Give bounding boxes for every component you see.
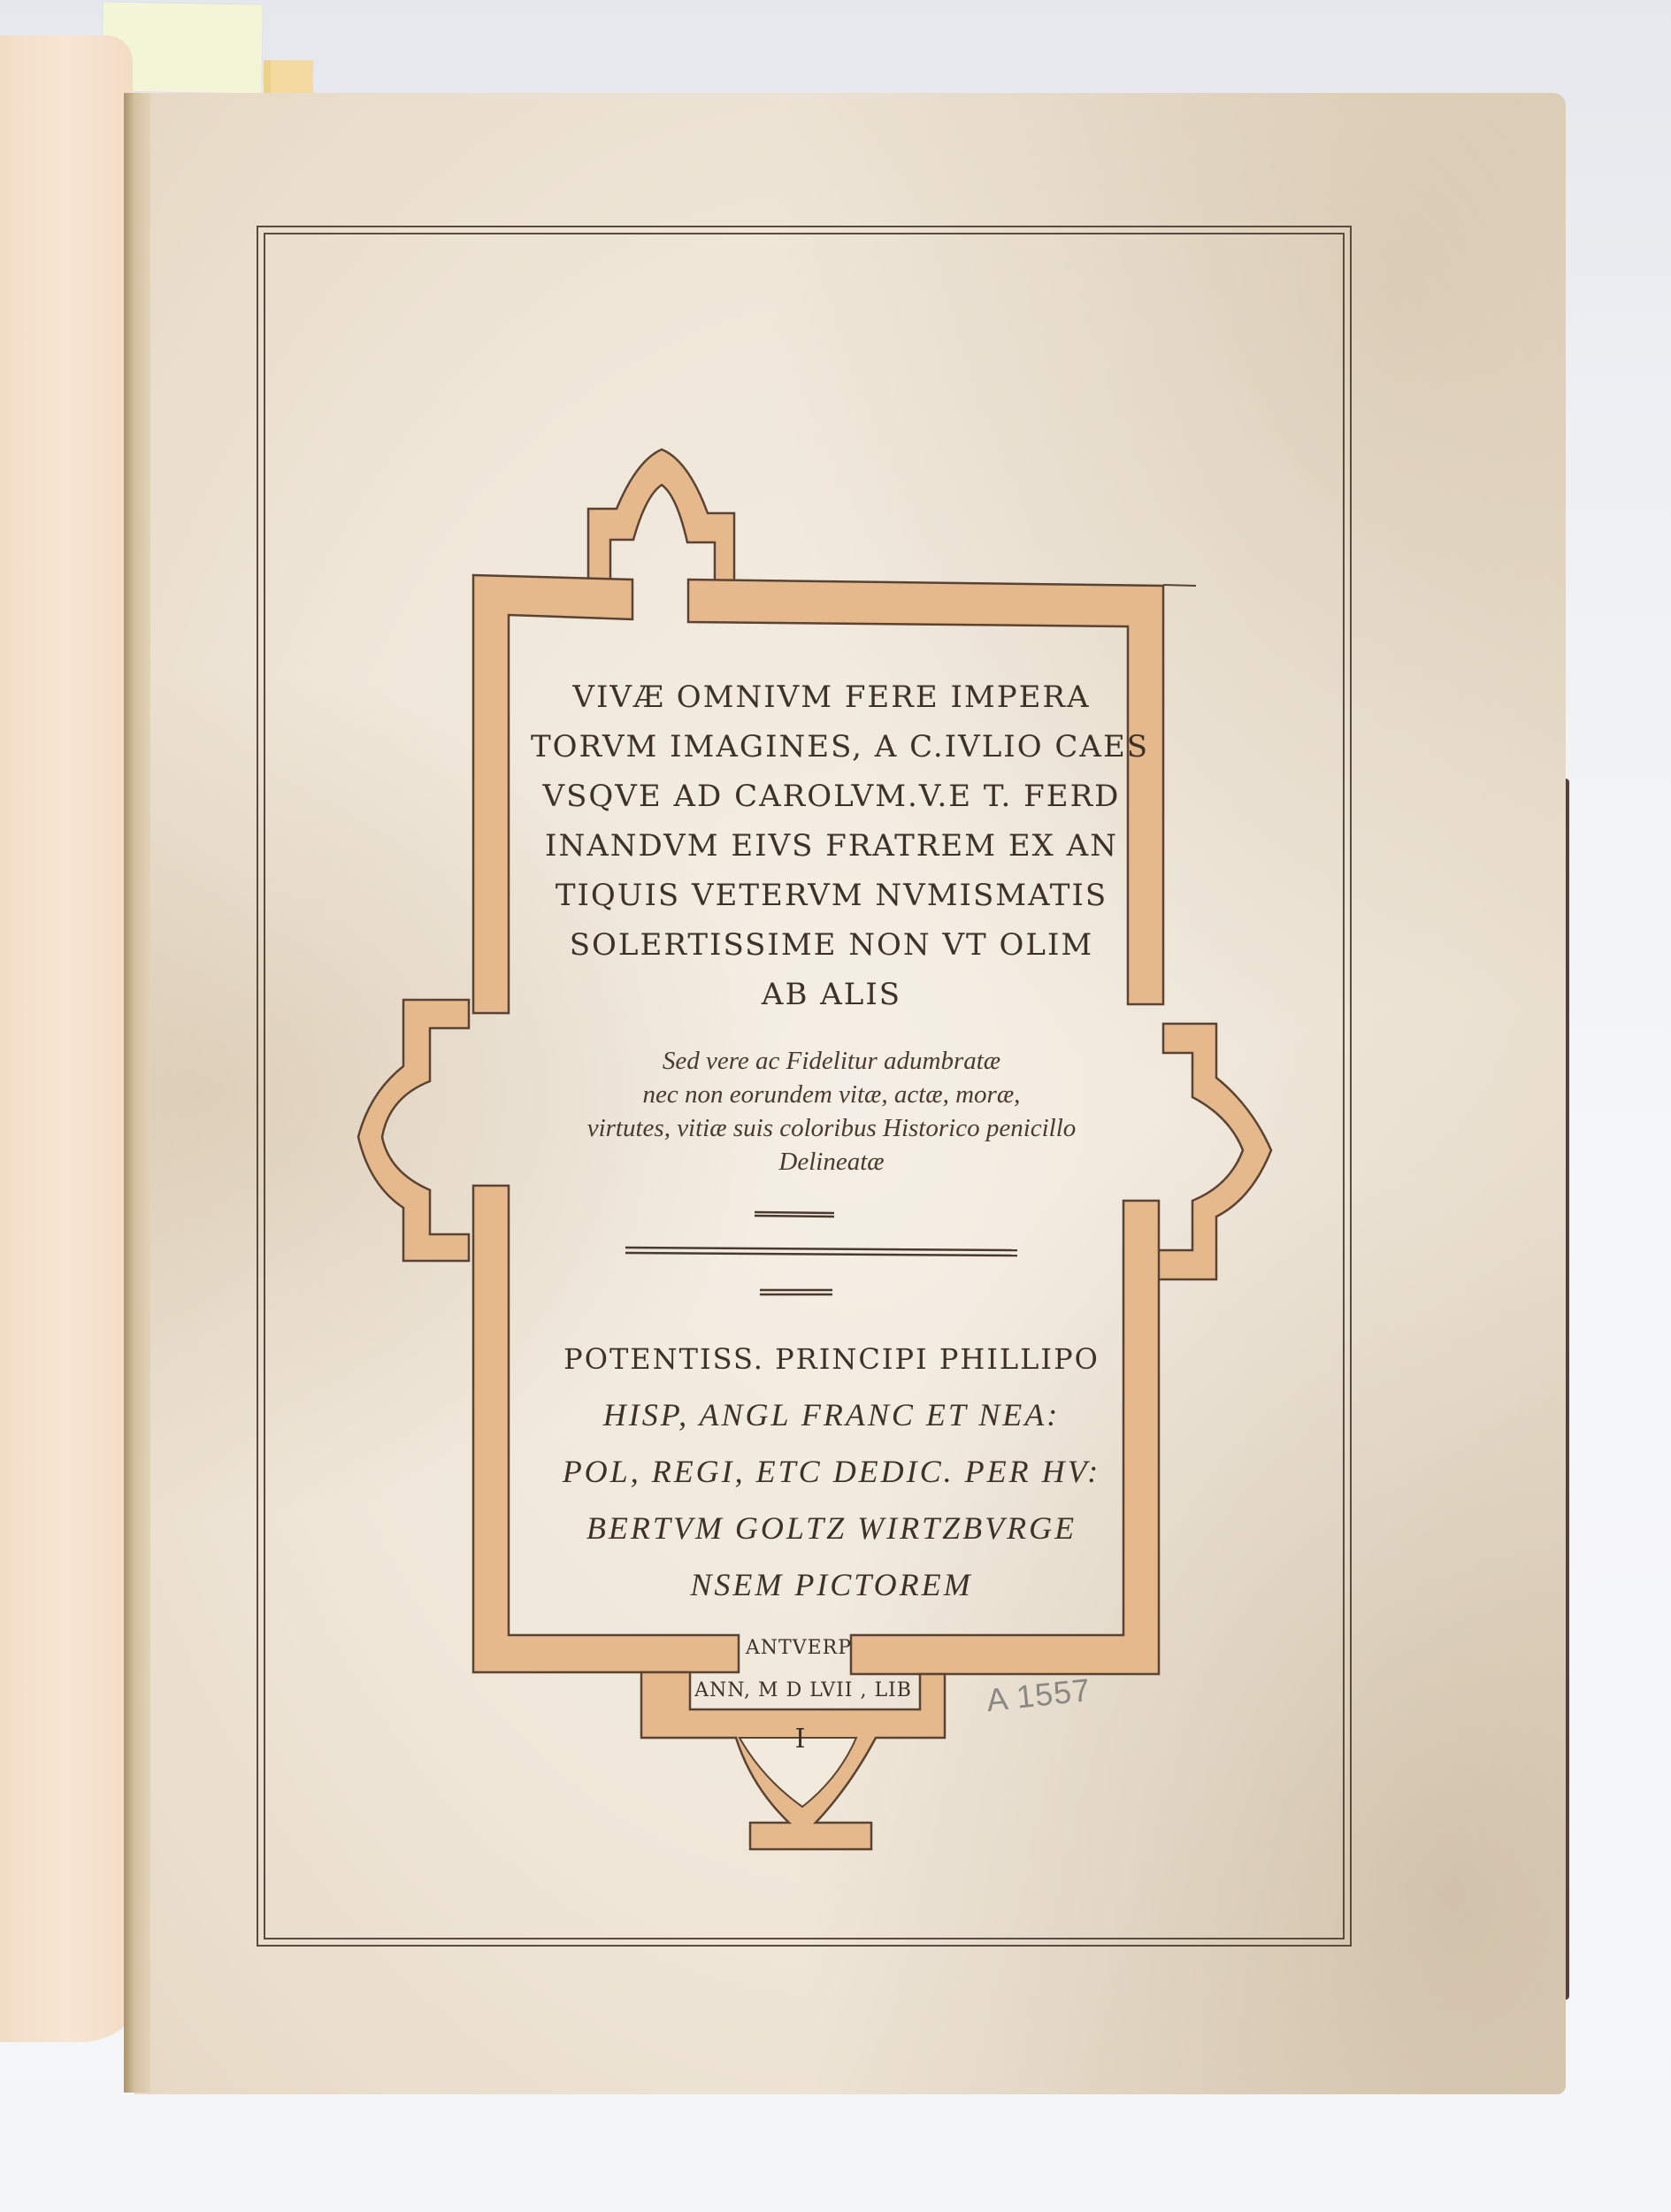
title-line: TORVM IMAGINES, A C.IVLIO CAES (531, 722, 1132, 772)
title-line: INANDVM EIVS FRATREM EX AN (531, 821, 1132, 871)
subtitle-line: Delineatæ (416, 1145, 1247, 1179)
dedication-line: NSEM PICTOREM (531, 1556, 1132, 1613)
title-block: VIVÆ OMNIVM FERE IMPERA TORVM IMAGINES, … (531, 672, 1132, 1019)
title-line: VIVÆ OMNIVM FERE IMPERA (531, 672, 1132, 722)
title-line: TIQUIS VETERVM NVMISMATIS (531, 871, 1132, 920)
dedication-line: HISP, ANGL FRANC ET NEA: (531, 1386, 1132, 1443)
title-line: VSQVE AD CAROLVM.V.E T. FERD (531, 772, 1132, 821)
volume-number: I (778, 1724, 823, 1755)
dedication-line: BERTVM GOLTZ WIRTZBVRGE (531, 1500, 1132, 1556)
subtitle-line: Sed vere ac Fidelitur adumbratæ (416, 1044, 1247, 1078)
dedication-line: POTENTISS. PRINCIPI PHILLIPO (531, 1332, 1132, 1386)
top-finial (588, 449, 734, 584)
title-line: AB ALIS (531, 970, 1132, 1019)
subtitle-block: Sed vere ac Fidelitur adumbratæ nec non … (416, 1044, 1247, 1179)
dedication-block: POTENTISS. PRINCIPI PHILLIPO HISP, ANGL … (531, 1332, 1132, 1613)
divider-rules (625, 1212, 1017, 1294)
subtitle-line: nec non eorundem vitæ, actæ, moræ, (416, 1078, 1247, 1111)
imprint-year: ANN, M D LVII , LIB (679, 1679, 927, 1701)
subtitle-line: virtutes, vitiæ suis coloribus Historico… (416, 1111, 1247, 1145)
imprint-place: ANTVERP (741, 1637, 856, 1659)
dedication-line: POL, REGI, ETC DEDIC. PER HV: (531, 1443, 1132, 1500)
title-line: SOLERTISSIME NON VT OLIM (531, 920, 1132, 970)
